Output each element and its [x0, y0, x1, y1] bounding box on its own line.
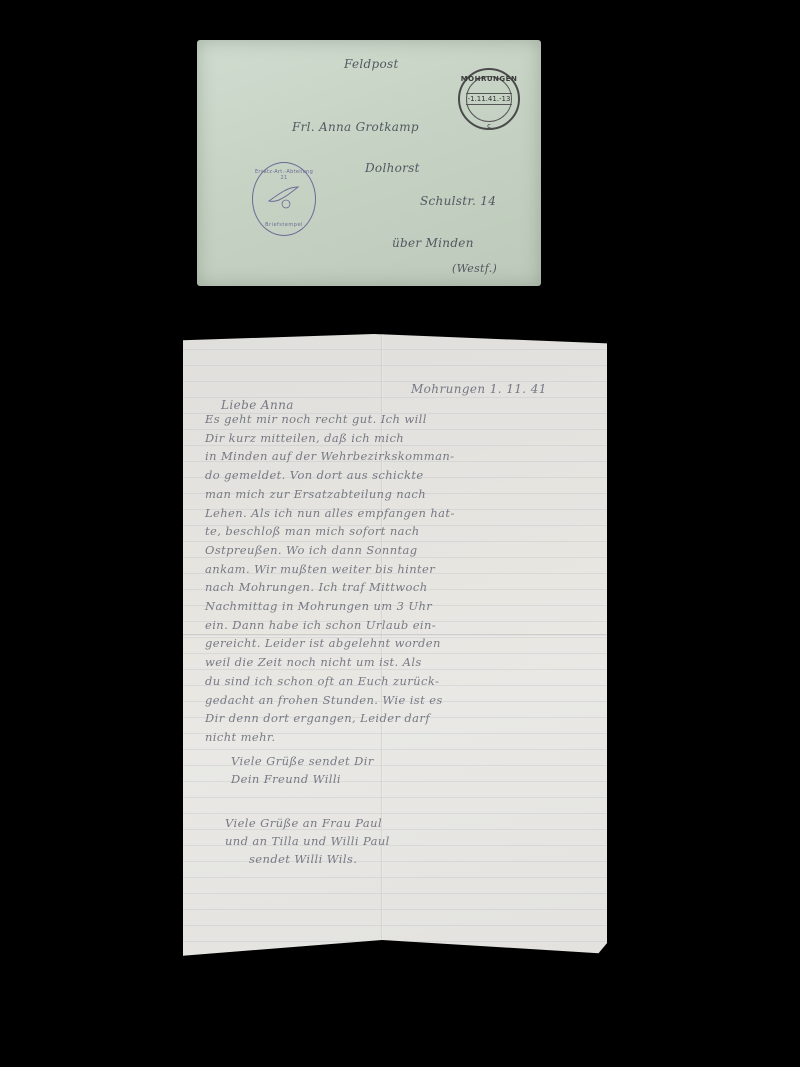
letter-closing-1: Viele Grüße sendet Dir Dein Freund Willi [231, 752, 374, 788]
letter-line: nach Mohrungen. Ich traf Mittwoch [205, 578, 595, 597]
letter-line: gedacht an frohen Stunden. Wie ist es [205, 691, 595, 710]
envelope-recipient-region: (Westf.) [452, 262, 497, 275]
unit-stamp-text: Ersatz-Art.-Abteilung 21 [253, 169, 315, 181]
envelope-recipient-via: über Minden [392, 236, 474, 250]
postmark-stamp: MOHRUNGEN -1.11.41.-13 c [458, 68, 520, 130]
eagle-icon [267, 185, 301, 209]
closing-line: sendet Willi Wils. [225, 850, 390, 868]
postmark-town: MOHRUNGEN [460, 75, 518, 83]
closing-line: Viele Grüße sendet Dir [231, 752, 374, 770]
postmark-date: -1.11.41.-13 [466, 93, 512, 105]
letter-closing-2: Viele Grüße an Frau Paul und an Tilla un… [225, 814, 390, 868]
letter-body: Es geht mir noch recht gut. Ich will Dir… [205, 410, 595, 747]
letter-line: Nachmittag in Mohrungen um 3 Uhr [205, 597, 595, 616]
letter-line: nicht mehr. [205, 728, 595, 747]
letter-line: gereicht. Leider ist abgelehnt worden [205, 634, 595, 653]
unit-stamp: Ersatz-Art.-Abteilung 21 Briefstempel [252, 162, 316, 236]
letter-line: Ostpreußen. Wo ich dann Sonntag [205, 541, 595, 560]
letter-line: ein. Dann habe ich schon Urlaub ein- [205, 616, 595, 635]
letter-line: do gemeldet. Von dort aus schickte [205, 466, 595, 485]
letter-line: Es geht mir noch recht gut. Ich will [205, 410, 595, 429]
envelope-feldpost-header: Feldpost [344, 57, 399, 71]
letter-line: in Minden auf der Wehrbezirkskomman- [205, 447, 595, 466]
closing-line: Dein Freund Willi [231, 770, 374, 788]
postmark-code: c [460, 122, 518, 130]
letter-line: Lehen. Als ich nun alles empfangen hat- [205, 504, 595, 523]
envelope-recipient-town: Dolhorst [365, 161, 420, 175]
letter-line: te, beschloß man mich sofort nach [205, 522, 595, 541]
letter-line: du sind ich schon oft an Euch zurück- [205, 672, 595, 691]
letter-sheet: Mohrungen 1. 11. 41 Liebe Anna Es geht m… [183, 334, 607, 962]
envelope-recipient-street: Schulstr. 14 [420, 194, 496, 208]
closing-line: und an Tilla und Willi Paul [225, 832, 390, 850]
envelope-recipient-name: Frl. Anna Grotkamp [292, 120, 419, 134]
closing-line: Viele Grüße an Frau Paul [225, 814, 390, 832]
letter-place-date: Mohrungen 1. 11. 41 [411, 382, 547, 396]
letter-line: Dir denn dort ergangen, Leider darf [205, 709, 595, 728]
letter-line: weil die Zeit noch nicht um ist. Als [205, 653, 595, 672]
letter-line: Dir kurz mitteilen, daß ich mich [205, 429, 595, 448]
letter-line: man mich zur Ersatzabteilung nach [205, 485, 595, 504]
letter-line: ankam. Wir mußten weiter bis hinter [205, 560, 595, 579]
unit-stamp-bottom-text: Briefstempel [253, 222, 315, 228]
